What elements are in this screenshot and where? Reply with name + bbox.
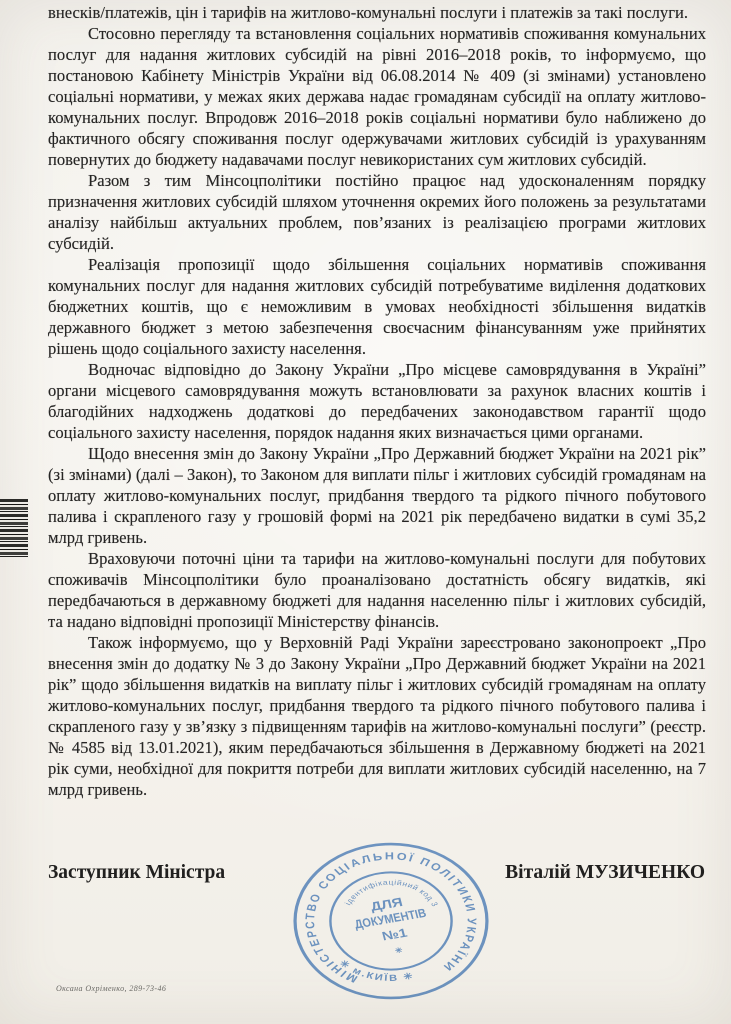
signer-title: Заступник Міністра (48, 862, 225, 884)
paragraph-continuation: внесків/платежів, цін і тарифів на житло… (48, 2, 706, 23)
barcode (0, 408, 28, 557)
ministry-stamp: МІНІСТЕРСТВО СОЦІАЛЬНОЇ ПОЛІТИКИ УКРАЇНИ… (290, 840, 492, 1002)
signer-name: Віталій МУЗИЧЕНКО (505, 862, 705, 884)
stamp-center-star: ✳ (394, 946, 404, 955)
stamp-center-line3: №1 (380, 926, 409, 943)
barcode-gap (0, 492, 28, 499)
barcode-block-top (0, 408, 28, 492)
paragraph: Реалізація пропозиції щодо збільшення со… (48, 254, 706, 359)
paragraph: Враховуючи поточні ціни та тарифи на жит… (48, 548, 706, 632)
paragraph: Щодо внесення змін до Закону України „Пр… (48, 443, 706, 548)
paragraph: Стосовно перегляду та встановлення соціа… (48, 23, 706, 170)
paragraph: Водночас відповідно до Закону України „П… (48, 359, 706, 443)
barcode-block-bottom (0, 499, 28, 557)
scanned-letter-page: внесків/платежів, цін і тарифів на житло… (0, 0, 731, 1024)
letter-body: внесків/платежів, цін і тарифів на житло… (48, 2, 706, 800)
paragraph: Також інформуємо, що у Верховній Раді Ук… (48, 632, 706, 800)
paragraph: Разом з тим Мінсоцполітики постійно прац… (48, 170, 706, 254)
footer-contact: Оксана Охріменко, 289-73-46 (56, 984, 166, 993)
